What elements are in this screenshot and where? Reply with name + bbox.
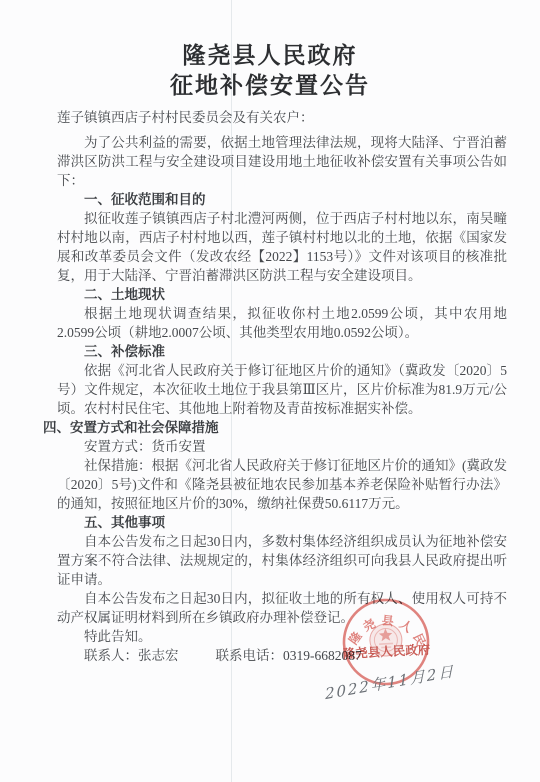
intro-paragraph: 为了公共利益的需要，依据土地管理法律法规，现将大陆泽、宁晋泊蓄滞洪区防洪工程与安…: [57, 133, 507, 190]
section-2-heading: 二、土地现状: [57, 285, 507, 304]
section-4-paragraph-1: 安置方式：货币安置: [57, 437, 507, 456]
section-4-paragraph-2: 社保措施：根据《河北省人民政府关于修订征地区片价的通知》(冀政发〔2020〕5号…: [57, 456, 507, 513]
section-2-paragraph-1: 根据土地现状调查结果，拟征收你村土地2.0599公顷，其中农用地2.0599公顷…: [57, 304, 507, 342]
section-1-heading: 一、征收范围和目的: [57, 190, 507, 209]
closing-note: 特此告知。: [57, 627, 507, 646]
contact-person: 联系人：张志宏: [84, 648, 179, 663]
section-3-paragraph-1: 依据《河北省人民政府关于修订征地区片价的通知》（冀政发〔2020〕5号）文件规定…: [57, 361, 507, 418]
section-1-paragraph-1: 拟征收莲子镇镇西店子村北澧河两侧，位于西店子村村地以东，南吴疃村村地以南，西店子…: [57, 209, 507, 285]
document-title-line2: 征地补偿安置公告: [0, 70, 540, 100]
document-title: 隆尧县人民政府 征地补偿安置公告: [0, 40, 540, 100]
salutation: 莲子镇镇西店子村村民委员会及有关农户：: [57, 108, 507, 127]
section-5-paragraph-2: 自本公告发布之日起30日内，拟征收土地的所有权人、使用权人可持不动产权属证明材料…: [57, 589, 507, 627]
document-body: 莲子镇镇西店子村村民委员会及有关农户： 为了公共利益的需要，依据土地管理法律法规…: [57, 108, 507, 665]
section-3-heading: 三、补偿标准: [57, 342, 507, 361]
section-5-heading: 五、其他事项: [57, 513, 507, 532]
section-4-heading: 四、安置方式和社会保障措施: [43, 418, 507, 437]
document-page: 隆尧县人民政府 征地补偿安置公告 莲子镇镇西店子村村民委员会及有关农户： 为了公…: [0, 0, 540, 782]
document-title-line1: 隆尧县人民政府: [0, 40, 540, 70]
section-5-paragraph-1: 自本公告发布之日起30日内，多数村集体经济组织成员认为征地补偿安置方案不符合法律…: [57, 532, 507, 589]
